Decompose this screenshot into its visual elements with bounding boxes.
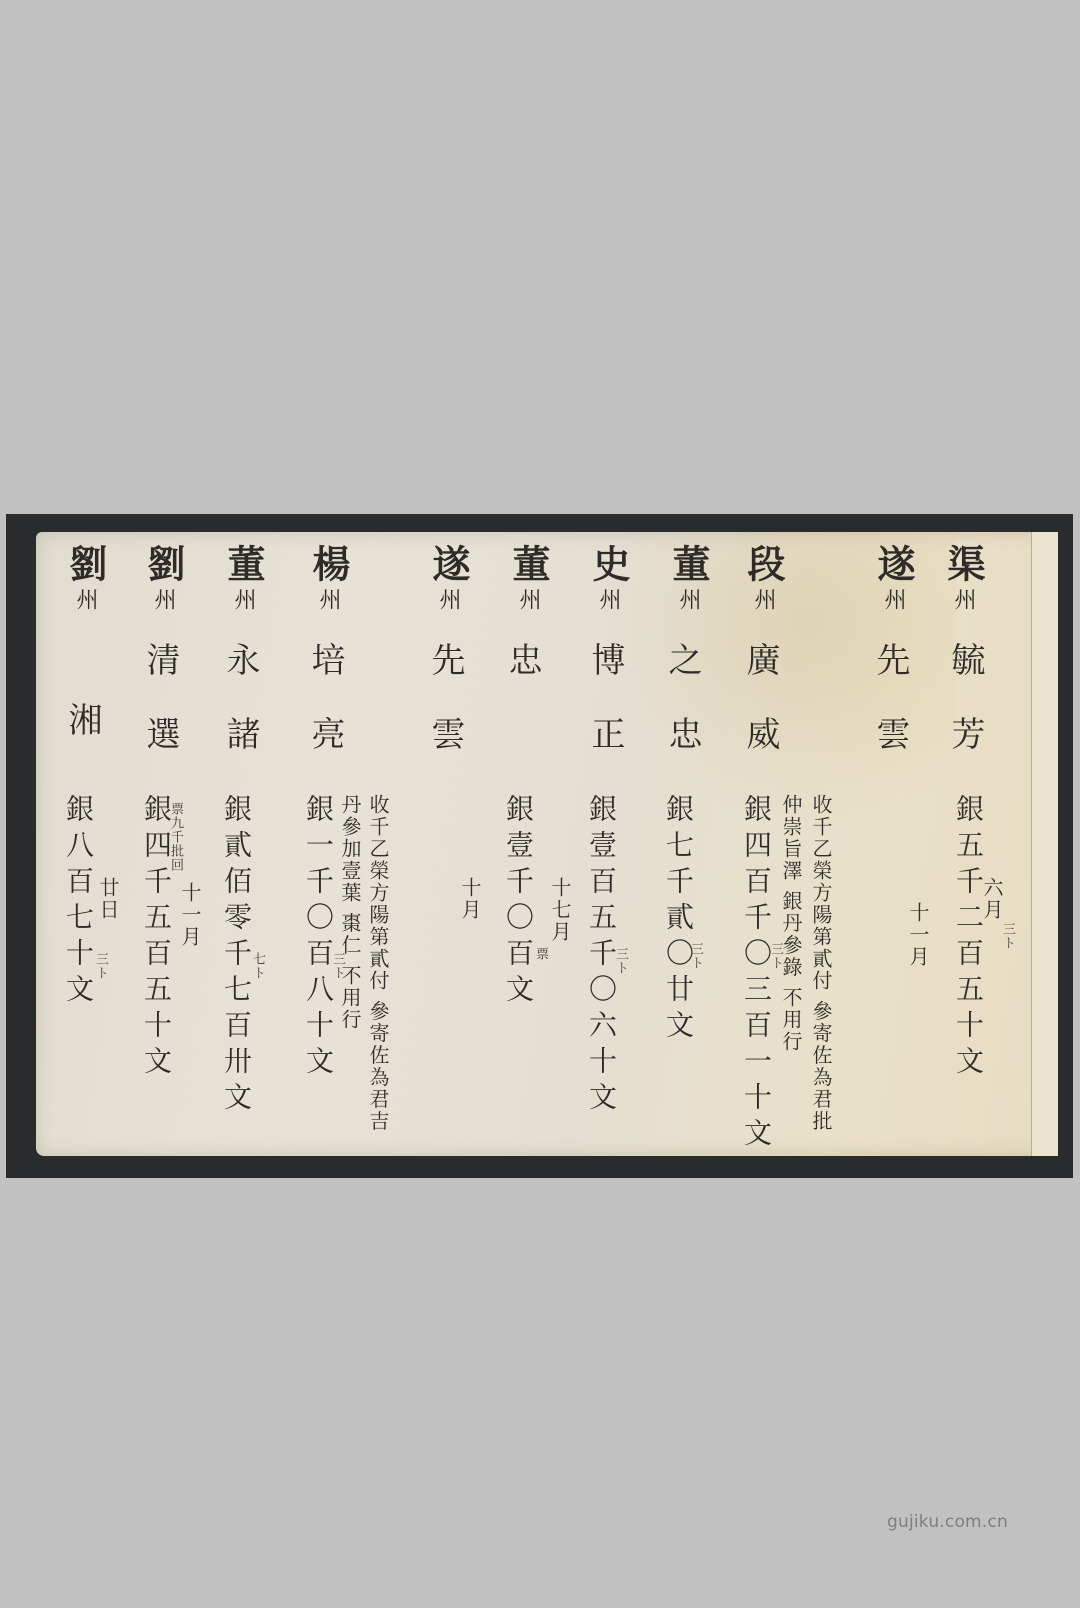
column-11-date: 廿日 [94, 877, 123, 921]
column-1-date: 十一月 [904, 902, 933, 968]
column-4-name: 之忠 [658, 642, 707, 790]
column-7-place: 遂州 [421, 544, 476, 616]
column-10-date: 十一月 [176, 882, 205, 948]
column-1-extra-date: 六月 [978, 877, 1007, 921]
manuscript-page: 渠州 毓芳 銀五千二百五十文 三ト 六月 十一月 遂州 先雲 收千乙榮方陽第貳付… [36, 532, 1058, 1156]
column-9-mark: 七ト [248, 952, 267, 980]
column-4-mark: 三ト [686, 942, 705, 970]
column-1-place: 渠州 [936, 544, 991, 616]
column-3-mark: 三ト [766, 942, 785, 970]
site-watermark: gujiku.com.cn [887, 1512, 1008, 1532]
column-10-note: 票九千批回 [166, 802, 185, 872]
manuscript-scan: 渠州 毓芳 銀五千二百五十文 三ト 六月 十一月 遂州 先雲 收千乙榮方陽第貳付… [6, 514, 1073, 1178]
column-10-name: 清選 [136, 642, 185, 790]
column-11-place: 劉州 [58, 544, 113, 616]
column-11-mark: 三ト [91, 952, 110, 980]
column-6-place: 董州 [501, 544, 556, 616]
column-11-name: 湘 [58, 702, 107, 776]
column-2-place: 遂州 [866, 544, 921, 616]
column-4-place: 董州 [661, 544, 716, 616]
column-8-place: 楊州 [301, 544, 356, 616]
column-5-place: 史州 [581, 544, 636, 616]
column-6-note: 票 [531, 947, 550, 961]
column-9-name: 永諸 [216, 642, 265, 790]
column-5-mark: 三ト [611, 947, 630, 975]
column-2-name: 先雲 [866, 642, 915, 790]
column-1-amount: 銀五千二百五十文 [948, 794, 988, 1082]
column-2-note: 收千乙榮方陽第貳付 參寄佐為君批仲崇旨澤 銀丹參錄 不用行 [776, 794, 836, 1134]
column-8-amount: 銀一千〇百八十文 [298, 794, 338, 1082]
column-6-date: 十月 [456, 877, 485, 921]
column-9-place: 董州 [216, 544, 271, 616]
column-6-name: 忠 [498, 642, 547, 716]
column-4-amount: 銀七千貳〇廿文 [658, 794, 698, 1046]
column-5-name: 博正 [581, 642, 630, 790]
column-10-place: 劉州 [136, 544, 191, 616]
column-6-amount: 銀壹千〇百文 [498, 794, 538, 1010]
column-7-name: 先雲 [421, 642, 470, 790]
column-8-name: 培亮 [301, 642, 350, 790]
column-3-name: 廣威 [736, 642, 785, 790]
column-3-place: 段州 [736, 544, 791, 616]
column-1-name: 毓芳 [941, 642, 990, 790]
column-3-amount: 銀四百千〇三百一十文 [736, 794, 776, 1154]
column-1-mark: 三ト [998, 922, 1017, 950]
column-5-date: 十七月 [546, 877, 575, 943]
column-8-mark: 三ト [328, 952, 347, 980]
